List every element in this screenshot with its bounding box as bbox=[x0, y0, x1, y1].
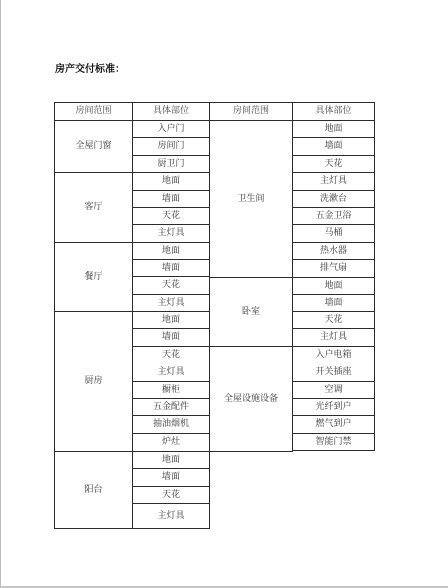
part-cell: 房间门 bbox=[132, 137, 210, 156]
room-cell: 餐厅 bbox=[54, 242, 133, 312]
part-cell: 墙面 bbox=[292, 137, 375, 156]
part-cell: 主灯具 bbox=[132, 224, 210, 243]
part-cell: 橱柜 bbox=[132, 381, 210, 399]
part-cell-merged: 入户电箱 开关插座 bbox=[292, 346, 375, 382]
part-text: 主灯具 bbox=[157, 364, 184, 381]
part-cell: 地面 bbox=[292, 277, 375, 295]
room-cell: 全屋设施设备 bbox=[209, 346, 293, 452]
part-cell: 燃气到户 bbox=[292, 415, 375, 434]
part-cell: 天花 bbox=[132, 207, 210, 225]
part-cell: 天花 bbox=[132, 486, 210, 504]
header-room-range-left: 房间范围 bbox=[54, 102, 133, 121]
header-part-left: 具体部位 bbox=[132, 102, 210, 121]
part-cell: 厨卫门 bbox=[132, 155, 210, 173]
page-edge-left bbox=[0, 0, 1, 586]
page-title: 房产交付标准： bbox=[55, 60, 125, 75]
room-cell: 全屋门窗 bbox=[54, 120, 133, 173]
part-cell: 智能门禁 bbox=[292, 433, 375, 451]
part-cell: 天花 bbox=[292, 311, 375, 329]
part-cell: 马桶 bbox=[292, 224, 375, 243]
part-cell: 地面 bbox=[132, 451, 210, 469]
room-cell: 客厅 bbox=[54, 172, 133, 243]
part-cell: 入户门 bbox=[132, 120, 210, 138]
part-text: 开关插座 bbox=[315, 364, 351, 381]
part-cell: 抽油烟机 bbox=[132, 415, 210, 434]
part-cell: 洗漱台 bbox=[292, 190, 375, 208]
part-cell: 光纤到户 bbox=[292, 398, 375, 416]
part-cell: 地面 bbox=[132, 172, 210, 191]
part-cell: 五金配件 bbox=[132, 398, 210, 416]
header-part-right: 具体部位 bbox=[292, 102, 375, 121]
room-cell: 卫生间 bbox=[209, 120, 293, 278]
part-cell: 五金卫浴 bbox=[292, 207, 375, 225]
room-cell: 卧室 bbox=[209, 277, 293, 347]
header-room-range-right: 房间范围 bbox=[209, 102, 293, 121]
part-cell: 墙面 bbox=[292, 294, 375, 312]
part-cell: 天花 bbox=[292, 155, 375, 173]
room-cell: 厨房 bbox=[54, 311, 133, 452]
part-cell: 排气扇 bbox=[292, 259, 375, 278]
part-text: 天花 bbox=[162, 347, 180, 364]
part-cell: 墙面 bbox=[132, 190, 210, 208]
part-cell: 空调 bbox=[292, 381, 375, 399]
part-cell: 主灯具 bbox=[132, 294, 210, 312]
part-cell: 墙面 bbox=[132, 259, 210, 277]
part-cell: 天花 bbox=[132, 276, 210, 295]
part-cell: 主灯具 bbox=[292, 328, 375, 347]
part-text: 入户电箱 bbox=[315, 347, 351, 364]
part-cell: 炉灶 bbox=[132, 433, 210, 452]
part-cell: 墙面 bbox=[132, 468, 210, 487]
part-cell: 主灯具 bbox=[132, 503, 210, 529]
part-cell: 地面 bbox=[132, 311, 210, 329]
part-cell: 地面 bbox=[132, 242, 210, 260]
part-cell: 主灯具 bbox=[292, 172, 375, 191]
part-cell-merged: 天花 主灯具 bbox=[132, 346, 210, 382]
part-cell: 地面 bbox=[292, 120, 375, 138]
part-cell: 热水器 bbox=[292, 242, 375, 260]
part-cell: 墙面 bbox=[132, 328, 210, 347]
room-cell: 阳台 bbox=[54, 451, 133, 529]
